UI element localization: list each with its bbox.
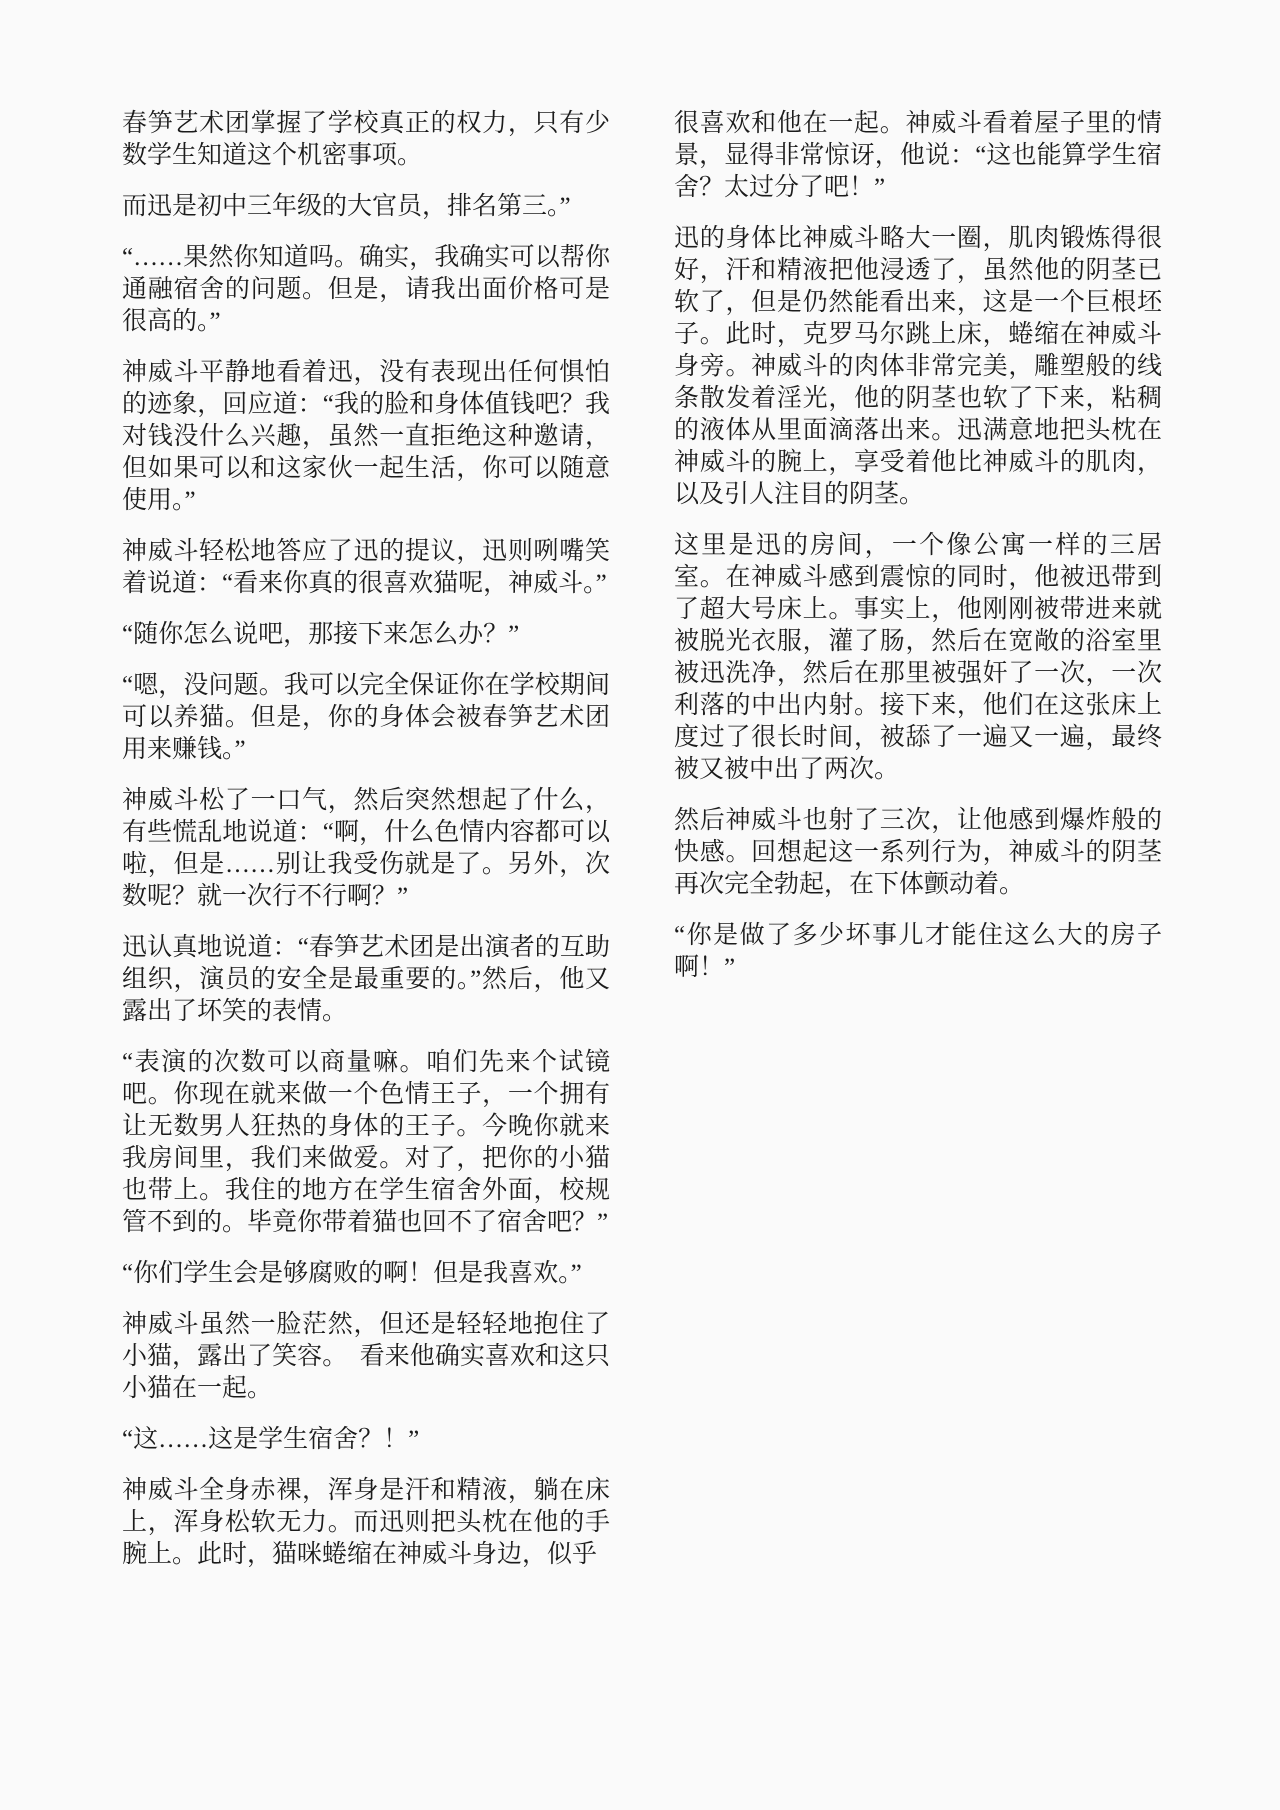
paragraph: “这……这是学生宿舍？！” (122, 1424, 610, 1456)
paragraph: 神威斗虽然一脸茫然，但还是轻轻地抱住了小猫，露出了笑容。 看来他确实喜欢和这只小… (122, 1309, 610, 1405)
paragraph: 而迅是初中三年级的大官员，排名第三。” (122, 191, 610, 223)
paragraph: “嗯，没问题。我可以完全保证你在学校期间可以养猫。但是，你的身体会被春笋艺术团用… (122, 670, 610, 766)
paragraph: 神威斗轻松地答应了迅的提议，迅则咧嘴笑着说道：“看来你真的很喜欢猫呢，神威斗。” (122, 536, 610, 600)
paragraph: “你是做了多少坏事儿才能住这么大的房子啊！” (674, 920, 1162, 984)
paragraph: 迅的身体比神威斗略大一圈，肌肉锻炼得很好，汗和精液把他浸透了，虽然他的阴茎已软了… (674, 223, 1162, 511)
paragraph: 然后神威斗也射了三次，让他感到爆炸般的快感。回想起这一系列行为，神威斗的阴茎再次… (674, 805, 1162, 901)
paragraph: “……果然你知道吗。确实，我确实可以帮你通融宿舍的问题。但是，请我出面价格可是很… (122, 242, 610, 338)
document-body: { "document": { "kind": "two-column-nove… (0, 0, 1280, 1810)
text-column-left: 春笋艺术团掌握了学校真正的权力，只有少数学生知道这个机密事项。 而迅是初中三年级… (122, 108, 610, 1810)
paragraph: “随你怎么说吧，那接下来怎么办？” (122, 619, 610, 651)
paragraph: 神威斗松了一口气，然后突然想起了什么，有些慌乱地说道：“啊，什么色情内容都可以啦… (122, 785, 610, 913)
text-column-right: 很喜欢和他在一起。神威斗看着屋子里的情景，显得非常惊讶，他说：“这也能算学生宿舍… (674, 108, 1162, 1810)
paragraph: 神威斗全身赤裸，浑身是汗和精液，躺在床上，浑身松软无力。而迅则把头枕在他的手腕上… (122, 1475, 610, 1571)
paragraph: 迅认真地说道：“春笋艺术团是出演者的互助组织，演员的安全是最重要的。”然后，他又… (122, 932, 610, 1028)
paragraph: 这里是迅的房间，一个像公寓一样的三居室。在神威斗感到震惊的同时，他被迅带到了超大… (674, 530, 1162, 786)
paragraph: 神威斗平静地看着迅，没有表现出任何惧怕的迹象，回应道：“我的脸和身体值钱吧？我对… (122, 357, 610, 517)
paragraph: 很喜欢和他在一起。神威斗看着屋子里的情景，显得非常惊讶，他说：“这也能算学生宿舍… (674, 108, 1162, 204)
paragraph: 春笋艺术团掌握了学校真正的权力，只有少数学生知道这个机密事项。 (122, 108, 610, 172)
paragraph: “你们学生会是够腐败的啊！但是我喜欢。” (122, 1258, 610, 1290)
paragraph: “表演的次数可以商量嘛。咱们先来个试镜吧。你现在就来做一个色情王子，一个拥有让无… (122, 1047, 610, 1239)
document-page: 春笋艺术团掌握了学校真正的权力，只有少数学生知道这个机密事项。 而迅是初中三年级… (0, 0, 1280, 1810)
